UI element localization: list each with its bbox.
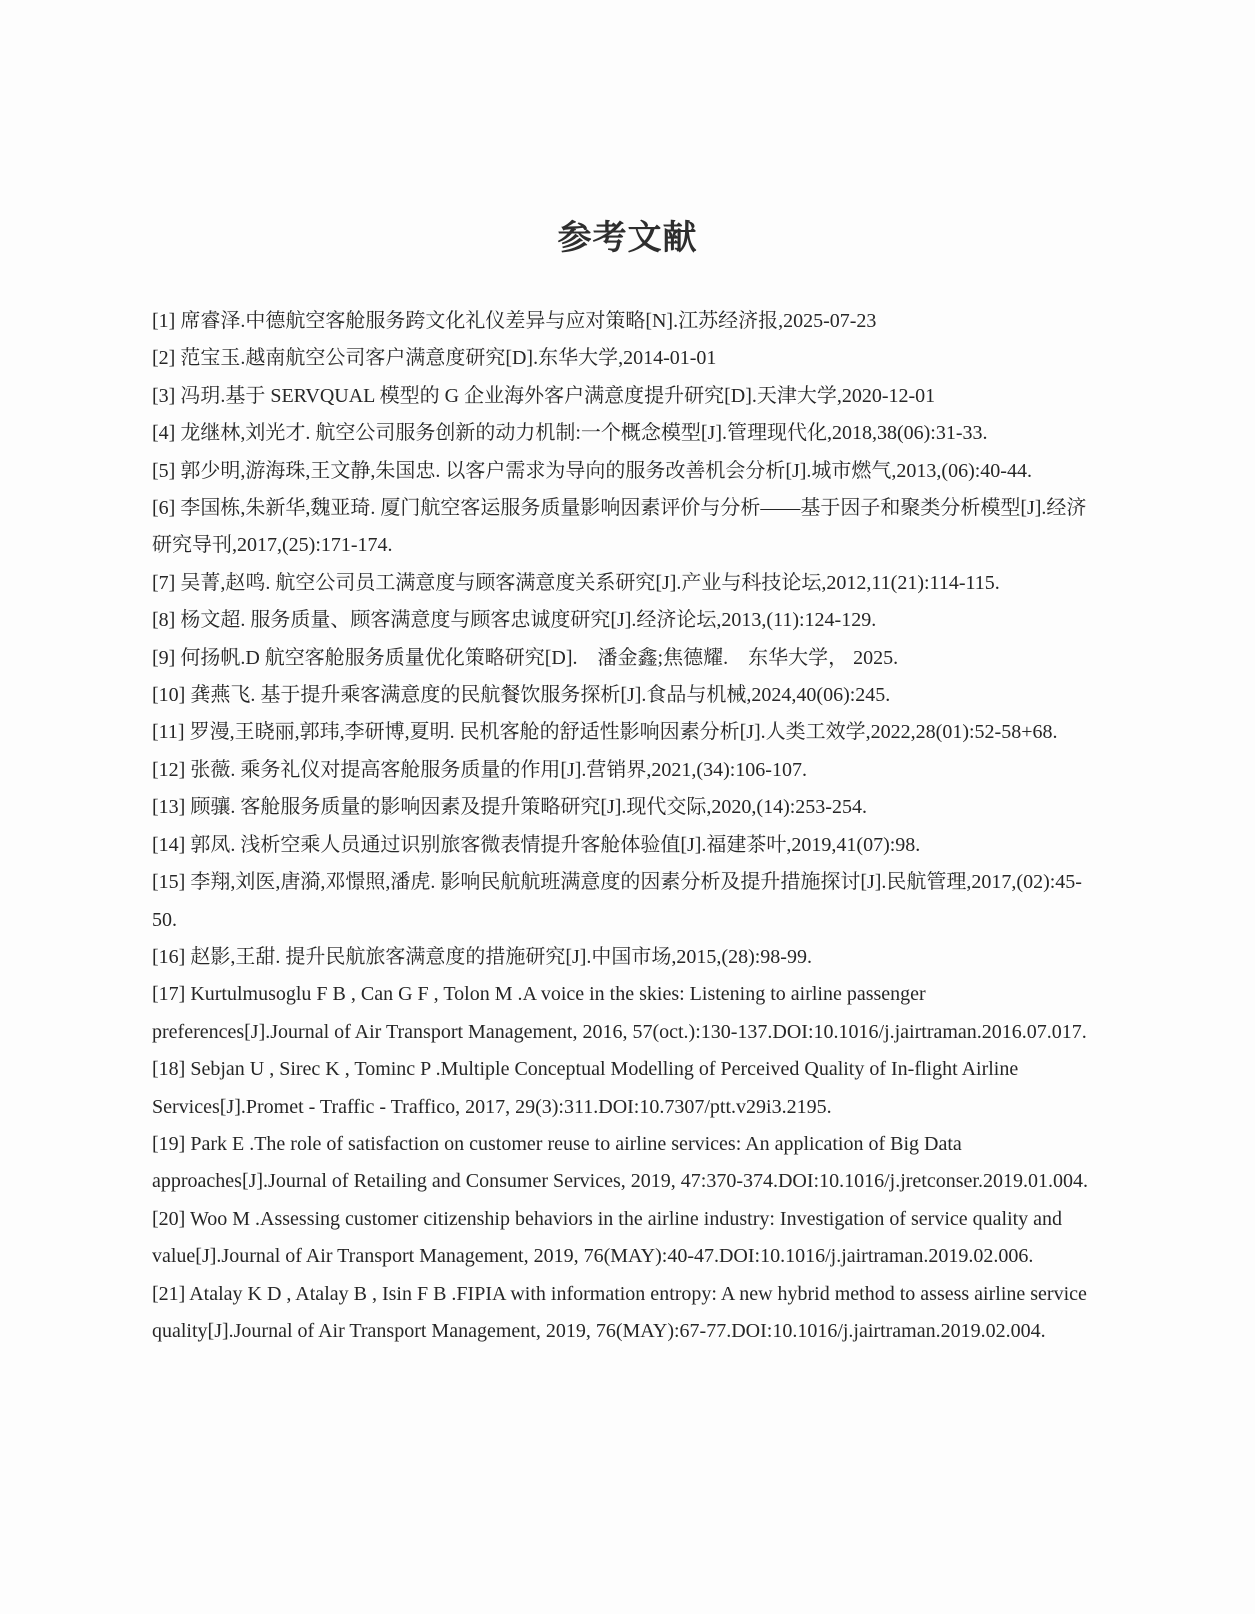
reference-item: [5] 郭少明,游海珠,王文静,朱国忠. 以客户需求为导向的服务改善机会分析[J… <box>152 453 1096 490</box>
reference-item: [12] 张薇. 乘务礼仪对提高客舱服务质量的作用[J].营销界,2021,(3… <box>152 752 1096 789</box>
reference-item: [17] Kurtulmusoglu F B , Can G F , Tolon… <box>152 976 1096 1051</box>
reference-item: [7] 吴菁,赵鸣. 航空公司员工满意度与顾客满意度关系研究[J].产业与科技论… <box>152 565 1096 602</box>
reference-item: [16] 赵影,王甜. 提升民航旅客满意度的措施研究[J].中国市场,2015,… <box>152 939 1096 976</box>
reference-item: [20] Woo M .Assessing customer citizensh… <box>152 1201 1096 1276</box>
reference-item: [9] 何扬帆.D 航空客舱服务质量优化策略研究[D]. 潘金鑫;焦德耀. 东华… <box>152 640 1096 677</box>
reference-item: [11] 罗漫,王晓丽,郭玮,李研博,夏明. 民机客舱的舒适性影响因素分析[J]… <box>152 714 1096 751</box>
reference-list: [1] 席睿泽.中德航空客舱服务跨文化礼仪差异与应对策略[N].江苏经济报,20… <box>152 303 1096 1350</box>
reference-item: [18] Sebjan U , Sirec K , Tominc P .Mult… <box>152 1051 1096 1126</box>
reference-item: [4] 龙继林,刘光才. 航空公司服务创新的动力机制:一个概念模型[J].管理现… <box>152 415 1096 452</box>
reference-item: [14] 郭凤. 浅析空乘人员通过识别旅客微表情提升客舱体验值[J].福建茶叶,… <box>152 827 1096 864</box>
reference-item: [21] Atalay K D , Atalay B , Isin F B .F… <box>152 1276 1096 1351</box>
references-page: 参考文献 [1] 席睿泽.中德航空客舱服务跨文化礼仪差异与应对策略[N].江苏经… <box>0 0 1255 1614</box>
reference-item: [10] 龚燕飞. 基于提升乘客满意度的民航餐饮服务探析[J].食品与机械,20… <box>152 677 1096 714</box>
reference-item: [2] 范宝玉.越南航空公司客户满意度研究[D].东华大学,2014-01-01 <box>152 340 1096 377</box>
reference-item: [8] 杨文超. 服务质量、顾客满意度与顾客忠诚度研究[J].经济论坛,2013… <box>152 602 1096 639</box>
reference-item: [3] 冯玥.基于 SERVQUAL 模型的 G 企业海外客户满意度提升研究[D… <box>152 378 1096 415</box>
reference-item: [6] 李国栋,朱新华,魏亚琦. 厦门航空客运服务质量影响因素评价与分析——基于… <box>152 490 1096 565</box>
reference-item: [19] Park E .The role of satisfaction on… <box>152 1126 1096 1201</box>
reference-item: [13] 顾骧. 客舱服务质量的影响因素及提升策略研究[J].现代交际,2020… <box>152 789 1096 826</box>
page-title: 参考文献 <box>0 0 1255 259</box>
reference-item: [1] 席睿泽.中德航空客舱服务跨文化礼仪差异与应对策略[N].江苏经济报,20… <box>152 303 1096 340</box>
reference-item: [15] 李翔,刘医,唐漪,邓憬照,潘虎. 影响民航航班满意度的因素分析及提升措… <box>152 864 1096 939</box>
